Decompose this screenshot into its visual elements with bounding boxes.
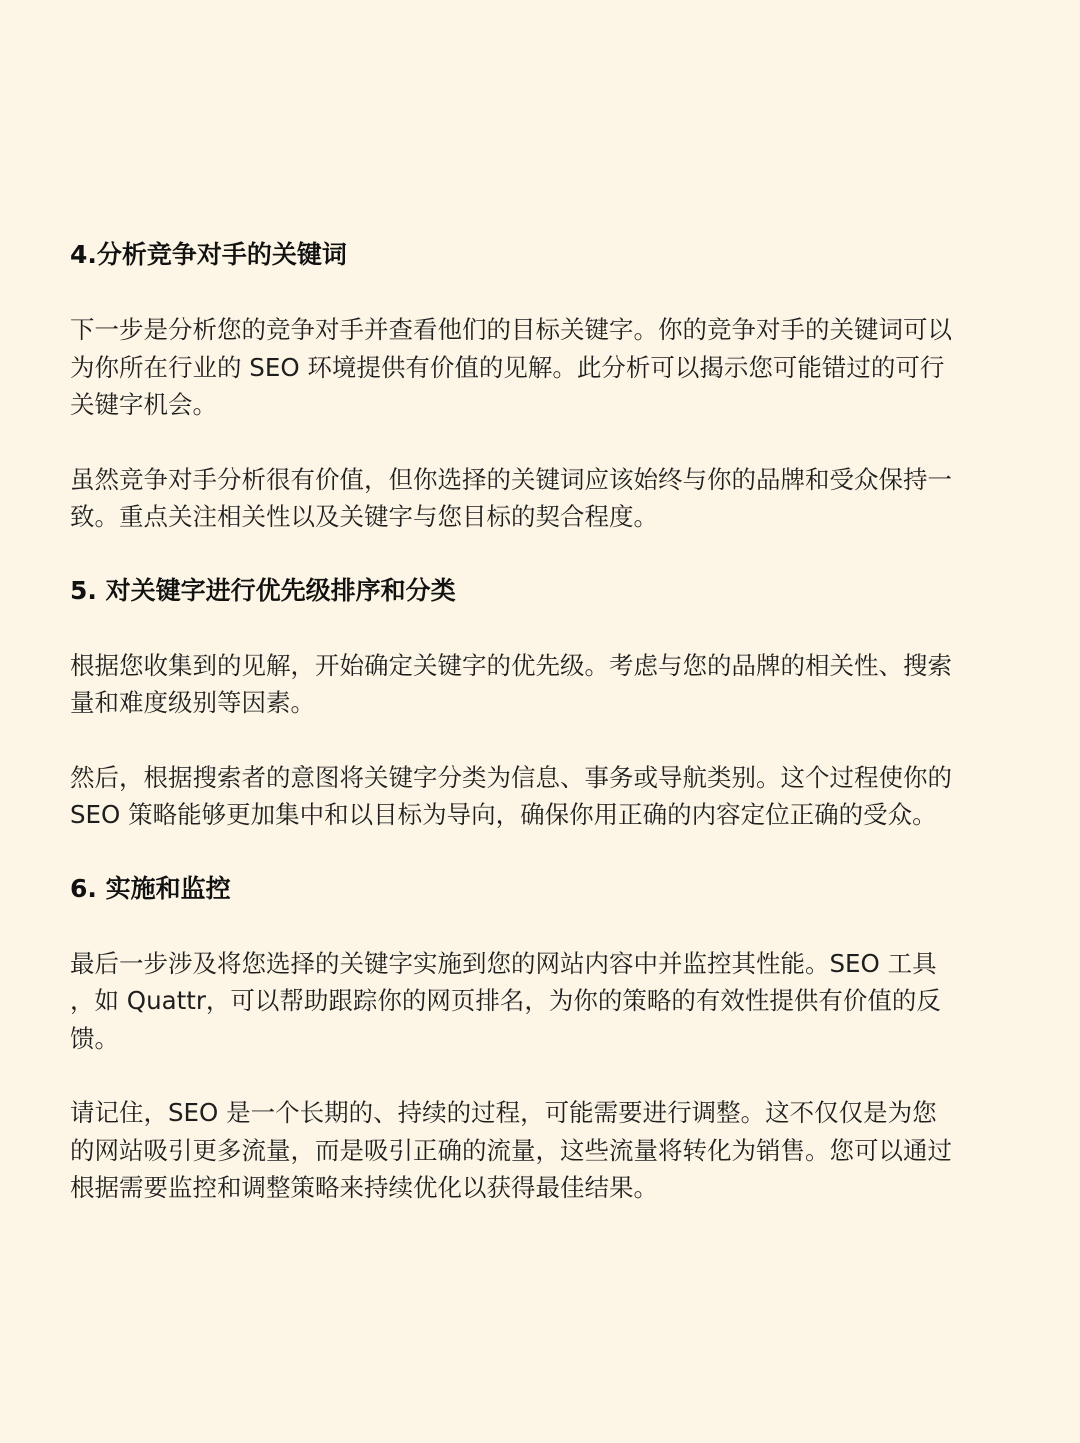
section-5-paragraph-1: 根据您收集到的见解，开始确定关键字的优先级。考虑与您的品牌的相关性、搜索 量和难… [70, 647, 1020, 722]
text-line: ，如 Quattr，可以帮助跟踪你的网页排名，为你的策略的有效性提供有价值的反 [70, 982, 1020, 1020]
text-line: 关键字机会。 [70, 386, 1020, 424]
text-line: 虽然竞争对手分析很有价值，但你选择的关键词应该始终与你的品牌和受众保持一 [70, 461, 1020, 499]
section-heading-6: 6. 实施和监控 [70, 870, 1020, 908]
text-line: 请记住，SEO 是一个长期的、持续的过程，可能需要进行调整。这不仅仅是为您 [70, 1094, 1020, 1132]
text-line: 量和难度级别等因素。 [70, 684, 1020, 722]
text-line: 根据您收集到的见解，开始确定关键字的优先级。考虑与您的品牌的相关性、搜索 [70, 647, 1020, 685]
section-4-paragraph-2: 虽然竞争对手分析很有价值，但你选择的关键词应该始终与你的品牌和受众保持一 致。重… [70, 461, 1020, 536]
section-6-paragraph-1: 最后一步涉及将您选择的关键字实施到您的网站内容中并监控其性能。SEO 工具 ，如… [70, 945, 1020, 1058]
text-line: 根据需要监控和调整策略来持续优化以获得最佳结果。 [70, 1169, 1020, 1207]
section-heading-5: 5. 对关键字进行优先级排序和分类 [70, 572, 1020, 610]
text-line: 然后，根据搜索者的意图将关键字分类为信息、事务或导航类别。这个过程使你的 [70, 759, 1020, 797]
text-line: 致。重点关注相关性以及关键字与您目标的契合程度。 [70, 498, 1020, 536]
text-line: SEO 策略能够更加集中和以目标为导向，确保你用正确的内容定位正确的受众。 [70, 796, 1020, 834]
text-line: 馈。 [70, 1020, 1020, 1058]
section-heading-4: 4.分析竞争对手的关键词 [70, 236, 1020, 274]
text-line: 为你所在行业的 SEO 环境提供有价值的见解。此分析可以揭示您可能错过的可行 [70, 349, 1020, 387]
article-body: 4.分析竞争对手的关键词 下一步是分析您的竞争对手并查看他们的目标关键字。你的竞… [70, 236, 1020, 1207]
section-5-paragraph-2: 然后，根据搜索者的意图将关键字分类为信息、事务或导航类别。这个过程使你的 SEO… [70, 759, 1020, 834]
text-line: 下一步是分析您的竞争对手并查看他们的目标关键字。你的竞争对手的关键词可以 [70, 311, 1020, 349]
text-line: 最后一步涉及将您选择的关键字实施到您的网站内容中并监控其性能。SEO 工具 [70, 945, 1020, 983]
section-4-paragraph-1: 下一步是分析您的竞争对手并查看他们的目标关键字。你的竞争对手的关键词可以 为你所… [70, 311, 1020, 424]
text-line: 的网站吸引更多流量，而是吸引正确的流量，这些流量将转化为销售。您可以通过 [70, 1132, 1020, 1170]
section-6-paragraph-2: 请记住，SEO 是一个长期的、持续的过程，可能需要进行调整。这不仅仅是为您 的网… [70, 1094, 1020, 1207]
